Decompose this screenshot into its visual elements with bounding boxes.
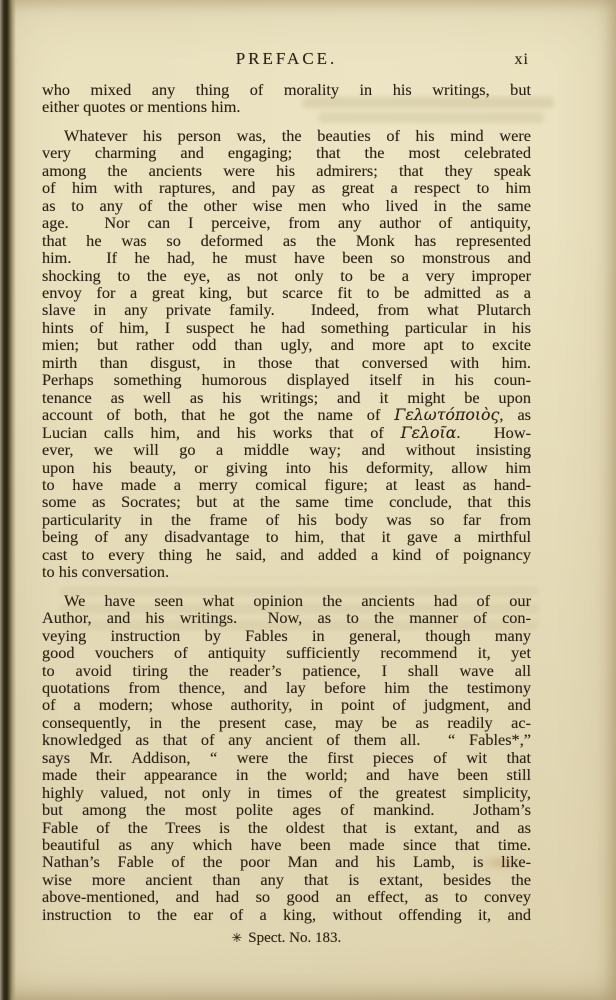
text-line: ever, we will go a middle way; and witho… <box>42 441 531 458</box>
text-line: to avoid tiring the reader’s patience, I… <box>42 662 531 679</box>
text-line: knowledged as that of any ancient of the… <box>42 731 531 748</box>
page-header: PREFACE. xi <box>42 50 531 68</box>
text-line: but among the most polite ages of mankin… <box>42 801 531 818</box>
text-line: says Mr. Addison, “ were the first piece… <box>42 749 531 766</box>
paragraph: who mixed any thing of morality in his w… <box>42 81 531 116</box>
text-line: Perhaps something humorous displayed its… <box>42 371 531 388</box>
text-line: cast to every thing he said, and added a… <box>42 546 531 563</box>
scanned-book-page: PREFACE. xi who mixed any thing of moral… <box>0 0 616 1000</box>
text-line: upon his beauty, or giving into his defo… <box>42 459 531 476</box>
text-line: slave in any private family. Indeed, fro… <box>42 301 531 318</box>
text-line: age. Nor can I perceive, from any author… <box>42 214 531 231</box>
page-title: PREFACE. <box>42 50 531 67</box>
text-line: that he was so deformed as the Monk has … <box>42 232 531 249</box>
text-line: him. If he had, he must have been so mon… <box>42 249 531 266</box>
text-line: Whatever his person was, the beauties of… <box>42 127 531 144</box>
text-line: particularity in the frame of his body w… <box>42 511 531 528</box>
footnote: ✳Spect. No. 183. <box>42 929 531 947</box>
text-line: who mixed any thing of morality in his w… <box>42 81 531 98</box>
text-line: being of any disadvantage to him, that i… <box>42 528 531 545</box>
paragraph: Whatever his person was, the beauties of… <box>42 127 531 581</box>
text-line: quotations from thence, and lay before h… <box>42 679 531 696</box>
text-line: Nathan’s Fable of the poor Man and his L… <box>42 853 531 870</box>
text-line: made their appearance in the world; and … <box>42 766 531 783</box>
text-line: mien; but rather odd than ugly, and more… <box>42 336 531 353</box>
text-line: of a modern; whose authority, in point o… <box>42 696 531 713</box>
text-line: some as Socrates; but at the same time c… <box>42 493 531 510</box>
footnote-marker: ✳ <box>232 930 242 945</box>
paragraph: We have seen what opinion the ancients h… <box>42 592 531 924</box>
text-line: among the ancients were his admirers; th… <box>42 162 531 179</box>
text-line: highly valued, not only in times of the … <box>42 784 531 801</box>
text-line: very charming and engaging; that the mos… <box>42 144 531 161</box>
text-line: We have seen what opinion the ancients h… <box>42 592 531 609</box>
text-line: mirth than disgust, in those that conver… <box>42 354 531 371</box>
footnote-text: Spect. No. 183. <box>248 930 341 946</box>
text-line: to his conversation. <box>42 563 531 580</box>
text-line: Author, and his writings. Now, as to the… <box>42 609 531 626</box>
text-line: of him with raptures, and pay as great a… <box>42 179 531 196</box>
body-text: who mixed any thing of morality in his w… <box>42 81 531 923</box>
text-line: tenance as well as his writings; and it … <box>42 389 531 406</box>
text-block: PREFACE. xi who mixed any thing of moral… <box>42 50 531 948</box>
text-line: good vouchers of antiquity sufficiently … <box>42 644 531 661</box>
text-line: consequently, in the present case, may b… <box>42 714 531 731</box>
page-number: xi <box>515 51 529 68</box>
text-line: Lucian calls him, and his works that of … <box>42 424 531 441</box>
text-line: account of both, that he got the name of… <box>42 406 531 423</box>
text-line: instruction to the ear of a king, withou… <box>42 906 531 923</box>
text-line: envoy for a great king, but scarce fit t… <box>42 284 531 301</box>
text-line: hints of him, I suspect he had something… <box>42 319 531 336</box>
text-line: wise more ancient than any that is extan… <box>42 871 531 888</box>
text-line: above-mentioned, and had so good an effe… <box>42 888 531 905</box>
text-line: beautiful as any which have been made si… <box>42 836 531 853</box>
text-line: to have made a merry comical figure; at … <box>42 476 531 493</box>
text-line: either quotes or mentions him. <box>42 98 531 115</box>
text-line: shocking to the eye, as not only to be a… <box>42 267 531 284</box>
text-line: as to any of the other wise men who live… <box>42 197 531 214</box>
text-line: veying instruction by Fables in general,… <box>42 627 531 644</box>
text-line: Fable of the Trees is the oldest that is… <box>42 819 531 836</box>
book-binding-edge <box>0 0 16 1000</box>
